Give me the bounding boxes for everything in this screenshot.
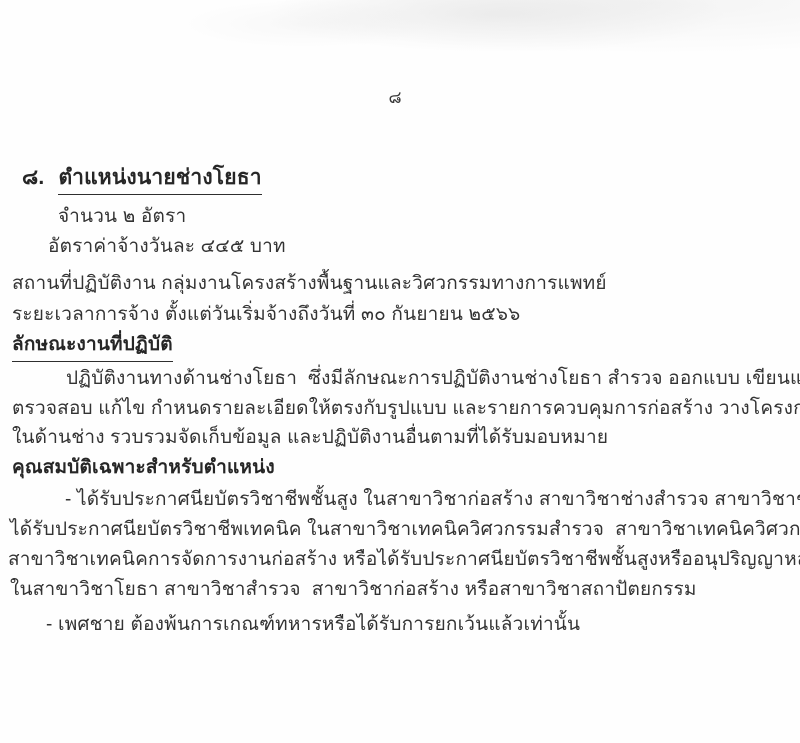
duties-line-3: ในด้านช่าง รวบรวมจัดเก็บข้อมูล และปฏิบัต… [12,424,608,452]
vacancy-line: จำนวน ๒ อัตรา [58,203,186,231]
wage-line: อัตราค่าจ้างวันละ ๔๔๕ บาท [48,233,286,261]
page-number: ๘ [0,84,790,111]
gender-requirement-line: - เพศชาย ต้องพ้นการเกณฑ์ทหารหรือได้รับกา… [46,611,580,639]
duties-heading: ลักษณะงานที่ปฏิบัติ [12,331,173,362]
qualification-line-4: ในสาขาวิชาโยธา สาขาวิชาสำรวจ สาขาวิชาก่อ… [10,576,697,604]
document-page: ๘ ๘.ตำแหน่งนายช่างโยธา จำนวน ๒ อัตรา อัต… [0,0,800,743]
section-number: ๘. [22,166,44,189]
duties-line-2: ตรวจสอบ แก้ไข กำหนดรายละเอียดให้ตรงกับรู… [12,395,800,423]
qualification-line-2: ได้รับประกาศนียบัตรวิชาชีพเทคนิค ในสาขาว… [10,516,800,544]
qualifications-heading: คุณสมบัติเฉพาะสำหรับตำแหน่ง [12,454,275,482]
section-heading: ๘.ตำแหน่งนายช่างโยธา [22,164,262,195]
employment-period-line: ระยะเวลาการจ้าง ตั้งแต่วันเริ่มจ้างถึงวั… [12,301,520,329]
duties-heading-text: ลักษณะงานที่ปฏิบัติ [12,331,173,362]
workplace-line: สถานที่ปฏิบัติงาน กลุ่มงานโครงสร้างพื้นฐ… [12,270,607,298]
duties-line-1: ปฏิบัติงานทางด้านช่างโยธา ซึ่งมีลักษณะกา… [66,365,800,393]
qualification-line-1: - ได้รับประกาศนียบัตรวิชาชีพชั้นสูง ในสา… [65,486,800,514]
qualification-line-3: สาขาวิชาเทคนิคการจัดการงานก่อสร้าง หรือไ… [8,546,800,574]
section-title: ตำแหน่งนายช่างโยธา [58,164,261,195]
